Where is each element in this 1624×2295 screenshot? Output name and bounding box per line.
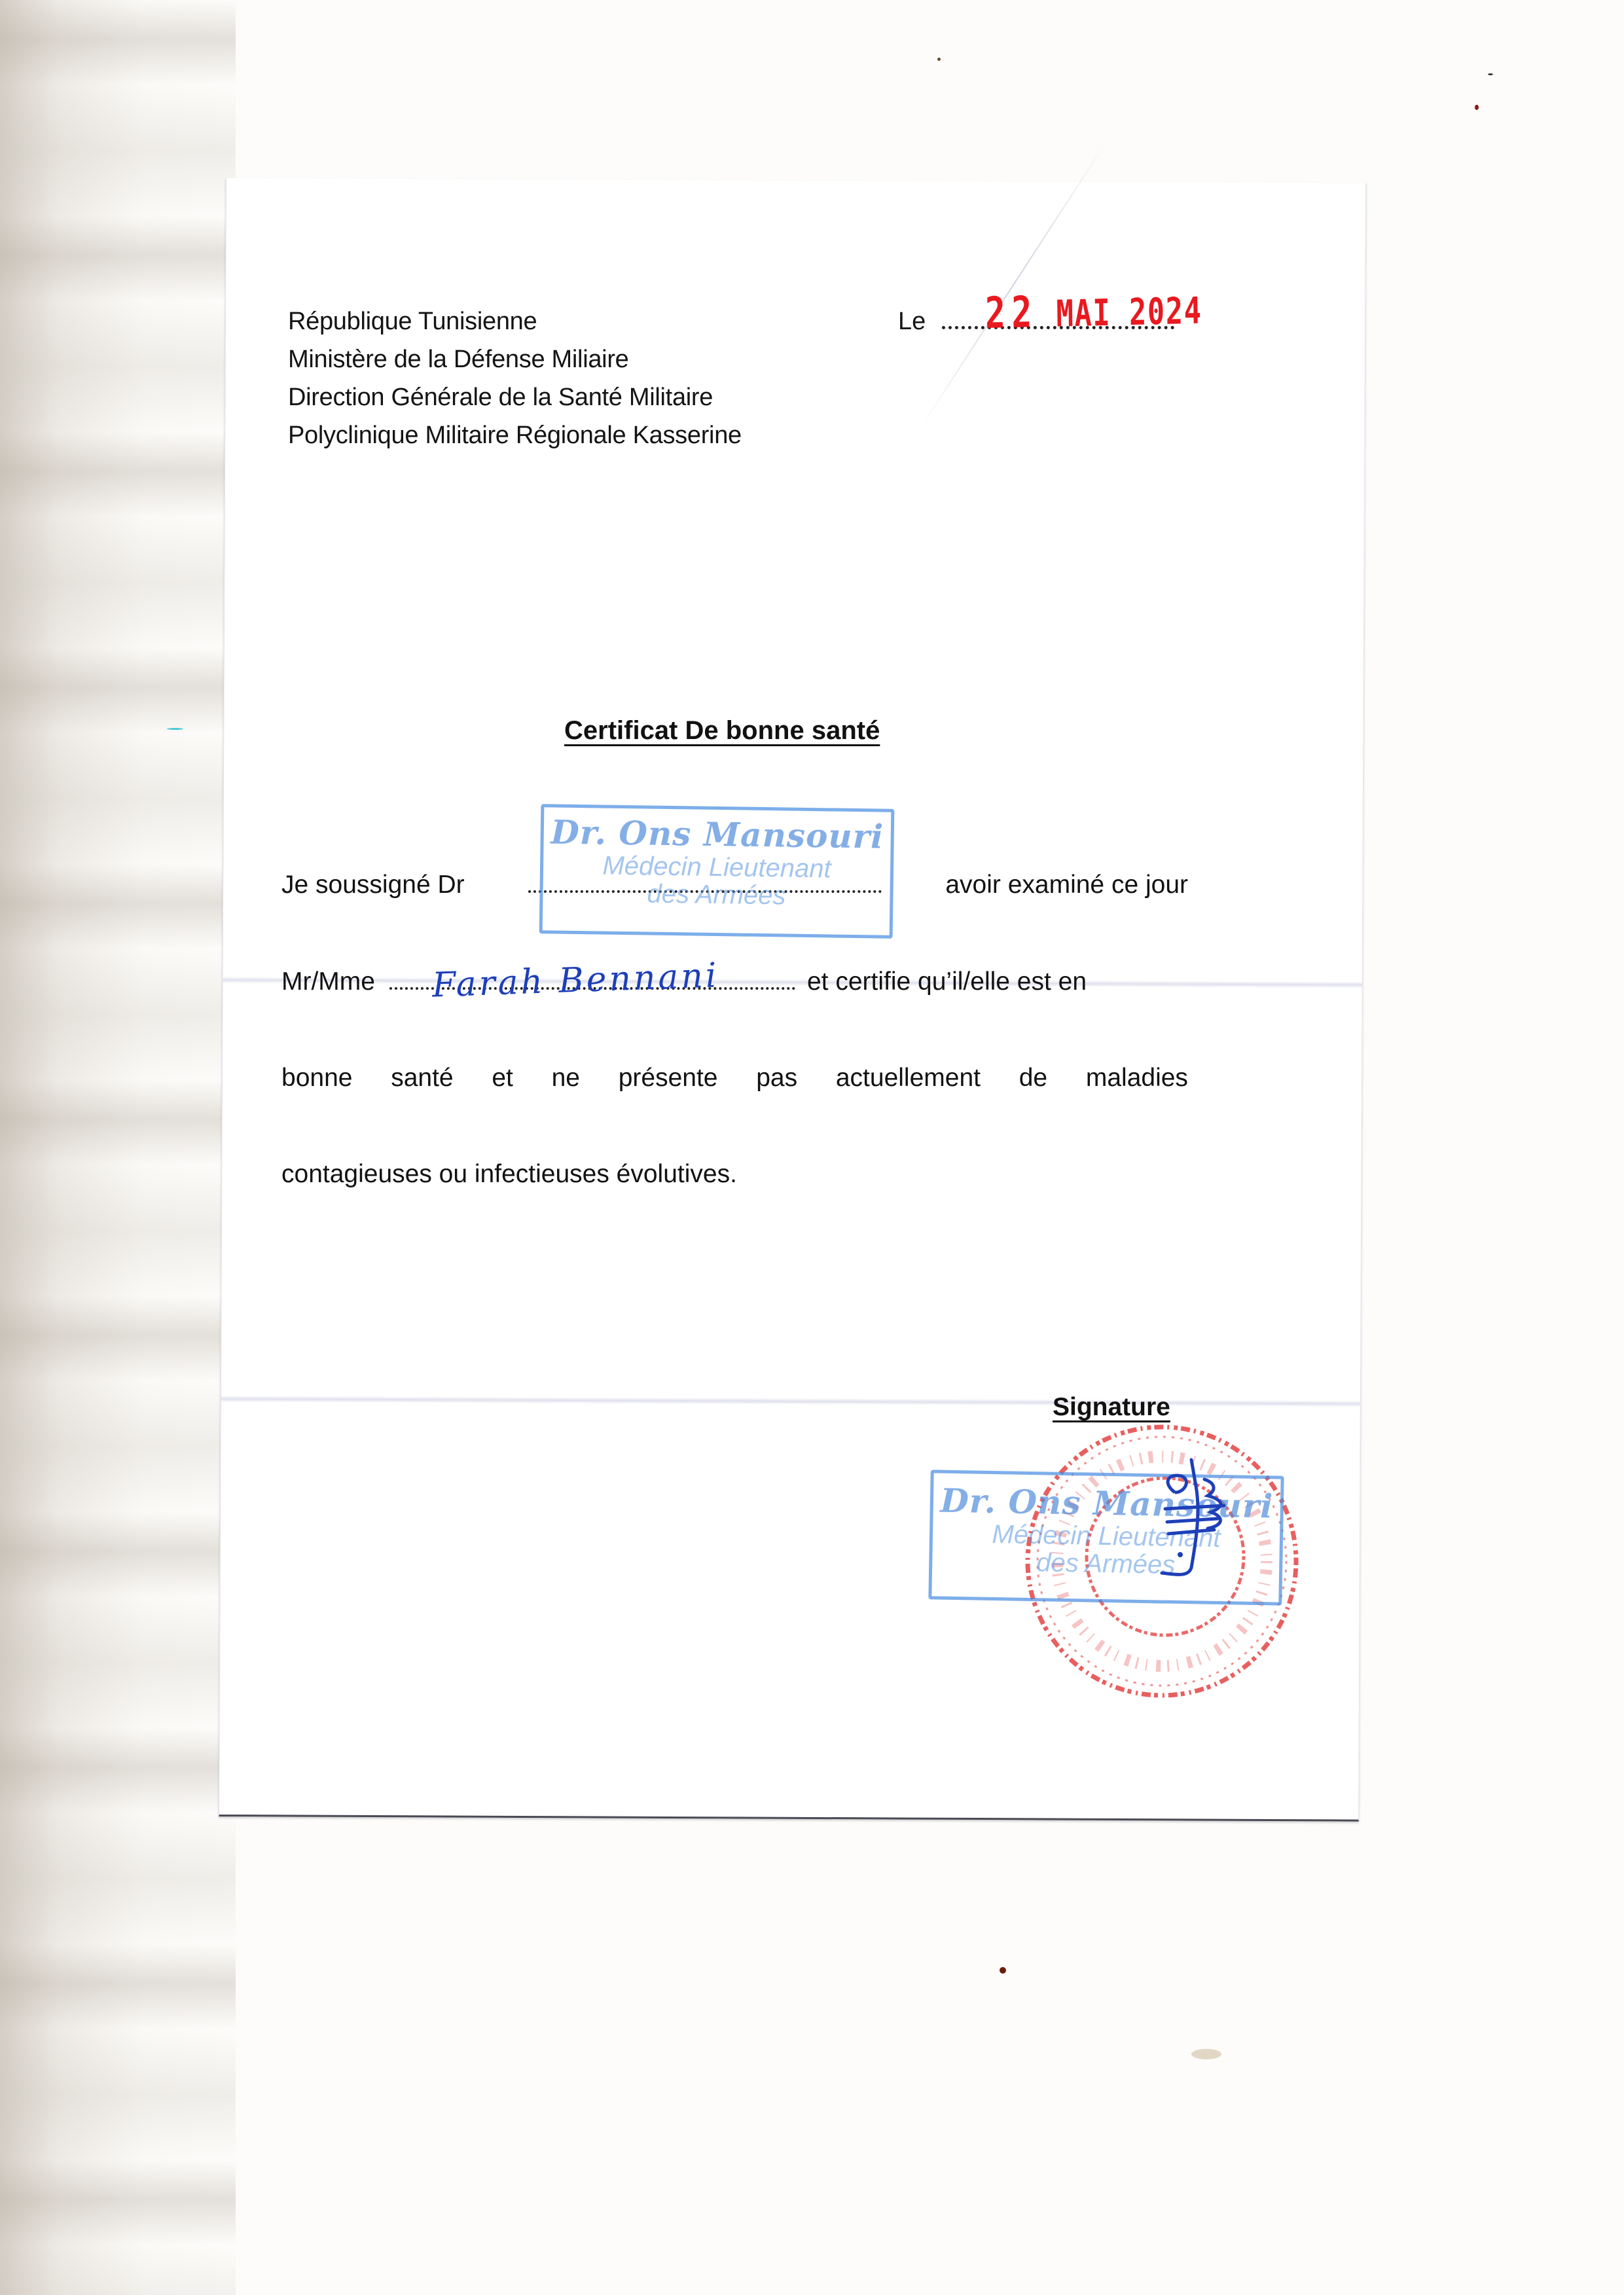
body-word: ne — [552, 1064, 580, 1093]
body-text: Je soussigné Dr — [281, 871, 465, 899]
body-word: maladies — [1086, 1064, 1188, 1093]
scan-speck — [1000, 1967, 1006, 1974]
handwritten-signature — [1155, 1456, 1240, 1581]
scan-speck — [167, 728, 183, 730]
paper-fold — [221, 1396, 1360, 1407]
header-line-polyclinic: Polyclinique Militaire Régionale Kasseri… — [288, 416, 742, 454]
body-word: et — [492, 1064, 513, 1093]
body-text: contagieuses ou infectieuses évolutives. — [281, 1160, 737, 1189]
document-title: Certificat De bonne santé — [564, 716, 880, 746]
stamp-doctor-service: des Armées — [543, 878, 890, 911]
header-line-direction: Direction Générale de la Santé Militaire — [288, 378, 742, 416]
body-word: présente — [619, 1064, 718, 1093]
body-text: avoir examiné ce jour — [945, 871, 1188, 899]
body-line-health: bonne santé et ne présente pas actuellem… — [281, 1064, 1188, 1093]
body-text: et certifie qu’il/elle est en — [807, 967, 1087, 996]
doctor-stamp: Dr. Ons Mansouri Médecin Lieutenant des … — [539, 804, 895, 939]
body-word: bonne — [281, 1064, 352, 1093]
scan-speck — [937, 58, 941, 61]
body-word: pas — [756, 1064, 797, 1093]
stamp-doctor-rank: Médecin Lieutenant — [543, 851, 891, 883]
scan-speck — [1191, 2049, 1221, 2059]
body-text: Mr/Mme — [281, 967, 375, 996]
date-stamp-day: 22 — [984, 287, 1038, 338]
header-line-ministry: Ministère de la Défense Miliaire — [288, 340, 742, 378]
body-line-diseases: contagieuses ou infectieuses évolutives. — [281, 1160, 1188, 1189]
body-word: actuellement — [836, 1064, 981, 1093]
issuer-header: République Tunisienne Ministère de la Dé… — [288, 302, 742, 454]
body-word: de — [1019, 1064, 1047, 1093]
scanner-edge-shading — [0, 0, 236, 2295]
date-label: Le — [898, 308, 926, 335]
body-line-patient: Mr/Mme et certifie qu’il/elle est en — [281, 967, 1188, 996]
date-stamp: 22 MAI 2024 — [984, 283, 1202, 338]
body-word: santé — [391, 1064, 453, 1093]
date-stamp-month-year: MAI 2024 — [1056, 290, 1202, 336]
header-line-republic: République Tunisienne — [288, 302, 742, 340]
scan-speck — [1475, 105, 1479, 110]
stamp-doctor-name: Dr. Ons Mansouri — [543, 812, 891, 856]
scan-speck — [1488, 73, 1493, 75]
